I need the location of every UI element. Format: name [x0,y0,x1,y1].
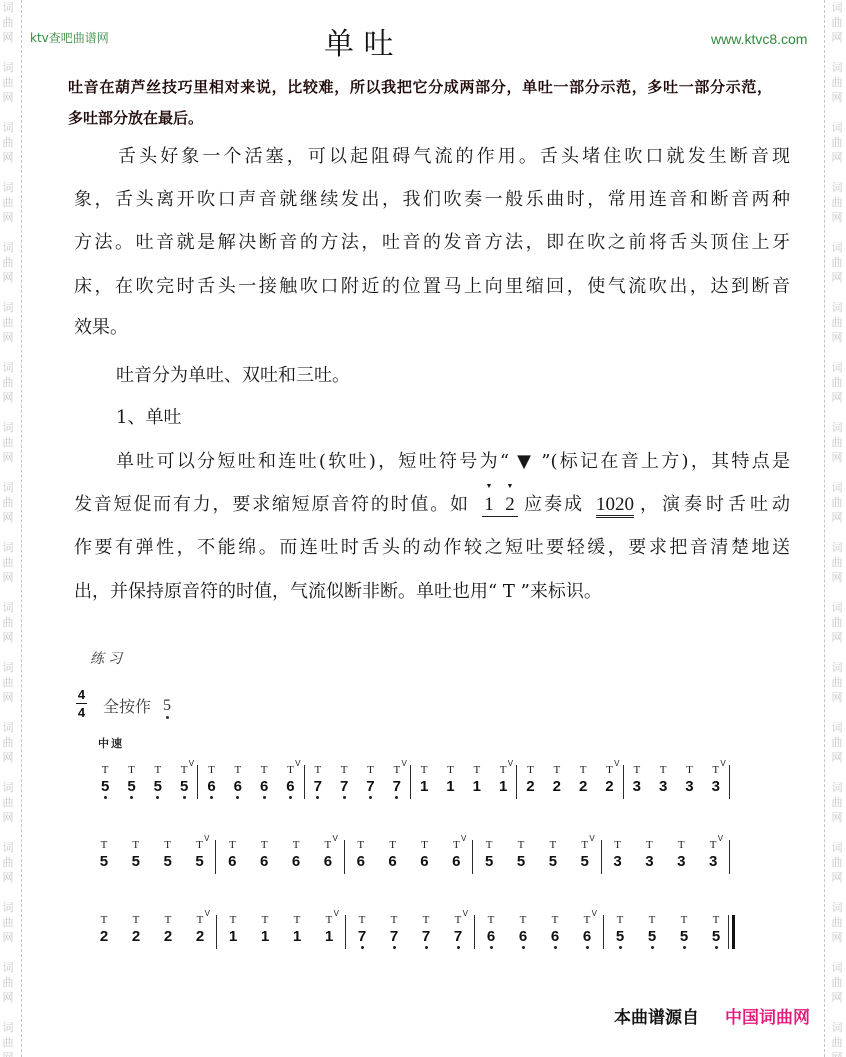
octave-dot-icon [570,795,596,799]
watermark-char: 词 [0,900,16,915]
single-tongue-t-mark: T [197,914,204,926]
watermark-char: 词 [0,960,16,975]
note: T5 [120,840,152,874]
measure: T1T1T1TV1 [411,765,517,799]
note: T3 [665,840,697,874]
note-number: 7 [390,929,398,945]
note: T3 [676,765,702,799]
note: T6 [198,765,224,799]
note: T5 [145,765,171,799]
tongue-mark: T [101,840,108,850]
measure: T7T7T7TV7 [346,915,475,949]
note: T3 [602,840,634,874]
tongue-mark: T [359,915,366,925]
tongue-mark: T [681,915,688,925]
note: T1 [217,915,249,949]
tongue-mark: T [165,915,172,925]
watermark-group: 词曲网 [829,540,845,585]
tongue-mark: T [234,765,241,775]
tongue-mark: T [367,765,374,775]
note: T6 [475,915,507,949]
octave-dot-icon [668,945,700,949]
tongue-mark: T [421,840,428,850]
note: T3 [633,840,665,874]
tongue-mark: TV [453,840,460,850]
single-tongue-t-mark: T [132,839,139,851]
octave-dot-icon [507,945,539,949]
watermark-char: 曲 [829,435,845,450]
watermark-char: 曲 [829,315,845,330]
note: T2 [88,915,120,949]
note: T6 [345,840,377,874]
note: T5 [118,765,144,799]
note-number: 7 [314,779,322,795]
octave-dot-icon [517,795,543,799]
watermark-char: 网 [829,570,845,585]
note-number: 5 [100,854,108,870]
time-signature-numerator: 4 [76,688,87,701]
watermark-char: 网 [0,810,16,825]
tongue-mark: TV [393,765,400,775]
note-number: 2 [164,929,172,945]
watermark-column-left: 词曲网词曲网词曲网词曲网词曲网词曲网词曲网词曲网词曲网词曲网词曲网词曲网词曲网词… [0,0,16,1057]
octave-dot-icon [473,870,505,874]
note-number: 6 [583,929,591,945]
watermark-char: 网 [829,90,845,105]
single-tongue-t-mark: T [393,764,400,776]
single-tongue-t-mark: T [520,914,527,926]
single-tongue-t-mark: T [678,839,685,851]
note-number: 5 [195,854,203,870]
watermark-char: 曲 [0,315,16,330]
single-tongue-t-mark: T [686,764,693,776]
note: T2 [517,765,543,799]
single-tongue-t-mark: T [165,914,172,926]
single-tongue-t-mark: T [649,914,656,926]
watermark-char: 词 [0,600,16,615]
note-number: 6 [228,854,236,870]
example-note: ▼ 2 [504,492,516,518]
note-number: 5 [154,779,162,795]
octave-dot-icon [624,795,650,799]
watermark-char: 曲 [0,795,16,810]
watermark-char: 网 [0,390,16,405]
measure: T5T5T5T5 [604,915,735,949]
watermark-char: 词 [0,780,16,795]
note-number: 1 [473,779,481,795]
tongue-mark: T [391,915,398,925]
measure: T6T6T6TV6 [216,840,344,874]
watermark-char: 词 [0,660,16,675]
watermark-char: 曲 [829,75,845,90]
single-tongue-t-mark: T [294,914,301,926]
tongue-mark: T [488,915,495,925]
note-number: 5 [485,854,493,870]
single-tongue-t-mark: T [181,764,188,776]
example-note-number: 1 [484,494,494,515]
note-number: 2 [526,779,534,795]
note-number: 5 [616,929,624,945]
time-signature: 4 4 [76,688,87,719]
breath-mark-icon: V [333,835,338,843]
score-row-1: T5T5T5TV5T6T6T6TV6T7T7T7TV7T1T1T1TV1T2T2… [92,765,730,799]
octave-dot-icon [152,870,184,874]
tongue-mark: T [341,765,348,775]
intro-line: 多吐部分放在最后。 [68,108,203,128]
tongue-mark: T [102,765,109,775]
breath-mark-icon: V [614,760,619,768]
watermark-char: 网 [829,210,845,225]
single-tongue-t-mark: T [357,839,364,851]
note-number: 6 [420,854,428,870]
note: T7 [346,915,378,949]
note: T5 [152,840,184,874]
watermark-group: 词曲网 [829,120,845,165]
watermark-char: 词 [0,180,16,195]
paragraph-1-line: 效果。 [74,315,128,341]
tongue-mark: TV [287,765,294,775]
watermark-char: 曲 [0,975,16,990]
single-tongue-t-mark: T [423,914,430,926]
breath-mark-icon: V [204,835,209,843]
octave-dot-icon [377,870,409,874]
tongue-mark: T [649,915,656,925]
note: T5 [92,765,118,799]
note: T1 [411,765,437,799]
single-tongue-t-mark: T [133,914,140,926]
watermark-divider-left [21,0,22,1057]
note: TV3 [697,840,729,874]
watermark-group: 词曲网 [829,660,845,705]
tongue-mark: T [527,765,534,775]
watermark-char: 词 [829,120,845,135]
breath-mark-icon: V [718,835,723,843]
note-number: 5 [581,854,589,870]
note-number: 6 [292,854,300,870]
watermark-char: 曲 [829,975,845,990]
watermark-group: 词曲网 [0,120,16,165]
note: TV2 [184,915,216,949]
single-tongue-t-mark: T [230,914,237,926]
octave-dot-icon [88,945,120,949]
tongue-mark: T [580,765,587,775]
note-number: 7 [340,779,348,795]
note: TV1 [313,915,345,949]
watermark-char: 网 [0,30,16,45]
tongue-mark: T [389,840,396,850]
single-tongue-t-mark: T [261,764,268,776]
single-tongue-t-mark: T [681,914,688,926]
watermark-char: 曲 [0,435,16,450]
watermark-group: 词曲网 [0,660,16,705]
note: TV6 [440,840,472,874]
note-number: 6 [324,854,332,870]
watermark-group: 词曲网 [0,960,16,1005]
watermark-char: 网 [0,90,16,105]
paragraph-3-line: 作要有弹性，不能绵。而连吐时舌头的动作较之短吐要轻缓，要求把音清楚地送 [74,535,790,561]
watermark-char: 网 [829,750,845,765]
octave-dot-icon [410,945,442,949]
source-credit-site: 中国词曲网 [725,1008,810,1028]
note: T5 [636,915,668,949]
paragraph-2: 吐音分为单吐、双吐和三吐。 [116,363,350,389]
watermark-char: 网 [0,510,16,525]
watermark-char: 曲 [829,675,845,690]
tongue-mark: TV [581,840,588,850]
octave-dot-icon [345,870,377,874]
tongue-mark: TV [196,840,203,850]
octave-dot-icon [700,945,732,949]
note: T6 [377,840,409,874]
practice-label: 练习 [90,651,126,667]
watermark-column-right: 词曲网词曲网词曲网词曲网词曲网词曲网词曲网词曲网词曲网词曲网词曲网词曲网词曲网词… [829,0,845,1057]
tongue-mark: T [421,765,428,775]
tongue-mark: T [293,840,300,850]
single-tongue-t-mark: T [234,764,241,776]
measure: T2T2T2TV2 [517,765,623,799]
single-tongue-t-mark: T [584,914,591,926]
watermark-char: 词 [0,360,16,375]
note-number: 3 [712,779,720,795]
breath-mark-icon: V [295,760,300,768]
note-number: 3 [645,854,653,870]
watermark-group: 词曲网 [829,0,845,45]
time-signature-divider [76,703,87,704]
watermark-divider-right [824,0,825,1057]
breath-mark-icon: V [463,910,468,918]
watermark-group: 词曲网 [0,300,16,345]
watermark-group: 词曲网 [829,240,845,285]
watermark-group: 词曲网 [0,600,16,645]
watermark-group: 词曲网 [829,300,845,345]
watermark-char: 词 [0,120,16,135]
tongue-mark: TV [712,765,719,775]
watermark-char: 曲 [829,915,845,930]
octave-dot-icon [384,795,410,799]
watermark-char: 词 [829,300,845,315]
watermark-char: 词 [0,540,16,555]
note-number: 7 [422,929,430,945]
tongue-mark: TV [181,765,188,775]
octave-dot-icon [411,795,437,799]
octave-dot-icon [281,945,313,949]
paragraph-1-line: 象，舌头离开吹口声音就继续发出，我们吹奏一般乐曲时，常用连音和断音两种 [74,187,790,213]
note-number: 2 [605,779,613,795]
watermark-char: 词 [0,840,16,855]
section-heading: 1、单吐 [116,405,181,431]
note: TV6 [571,915,603,949]
tempo-marking: 中速 [98,737,124,750]
paragraph-3-line: 出，并保持原音符的时值，气流似断非断。单吐也用“ T ”来标识。 [74,579,602,605]
note: TV3 [703,765,729,799]
watermark-char: 词 [829,480,845,495]
tongue-mark: TV [325,840,332,850]
tongue-mark: TV [584,915,591,925]
octave-dot-icon [251,795,277,799]
note-number: 5 [127,779,135,795]
note: T1 [437,765,463,799]
measure: T5T5T5TV5 [88,840,216,874]
watermark-group: 词曲网 [0,780,16,825]
single-tongue-t-mark: T [262,914,269,926]
watermark-char: 曲 [829,1035,845,1050]
tongue-mark: TV [710,840,717,850]
octave-dot-icon [544,795,570,799]
text-segment: ，演奏时舌吐动 [640,492,790,518]
note: T7 [357,765,383,799]
measure: T2T2T2TV2 [88,915,217,949]
watermark-char: 网 [829,870,845,885]
note-number: 6 [234,779,242,795]
single-tongue-t-mark: T [261,839,268,851]
note-number: 3 [709,854,717,870]
tongue-mark: T [633,765,640,775]
watermark-char: 曲 [829,495,845,510]
site-url-right: www.ktvc8.com [711,31,807,47]
note: T6 [225,765,251,799]
note-number: 6 [452,854,460,870]
watermark-char: 曲 [829,855,845,870]
tongue-mark: T [614,840,621,850]
note: T5 [537,840,569,874]
watermark-char: 网 [829,450,845,465]
example-note-number: 2 [505,494,515,515]
watermark-group: 词曲网 [829,360,845,405]
watermark-char: 曲 [0,1035,16,1050]
tongue-mark: T [154,765,161,775]
watermark-char: 网 [0,150,16,165]
single-tongue-t-mark: T [453,839,460,851]
single-tongue-t-mark: T [391,914,398,926]
source-credit: 本曲谱源自 中国词曲网 [614,1008,814,1028]
watermark-char: 曲 [0,735,16,750]
example-notes: ▼ 1 ▼ 2 [482,492,518,517]
note: T2 [120,915,152,949]
watermark-char: 网 [829,330,845,345]
tongue-mark: T [447,765,454,775]
note-number: 6 [260,854,268,870]
note: T5 [505,840,537,874]
breath-mark-icon: V [401,760,406,768]
note: TV5 [184,840,216,874]
note: T6 [248,840,280,874]
measure: T1T1T1TV1 [217,915,346,949]
note: T7 [331,765,357,799]
octave-dot-icon [650,795,676,799]
note: T5 [604,915,636,949]
note-number: 3 [613,854,621,870]
single-tongue-t-mark: T [527,764,534,776]
watermark-char: 词 [829,780,845,795]
page-title: 单 吐 [324,28,394,62]
tongue-mark: T [553,765,560,775]
note: T1 [281,915,313,949]
watermark-char: 词 [0,720,16,735]
octave-dot-icon [217,945,249,949]
watermark-char: 词 [829,900,845,915]
octave-dot-icon [171,795,197,799]
paragraph-1-line: 床，在吹完时舌头一接触吹口附近的位置马上向里缩回，使气流吹出，达到断音 [74,274,790,300]
watermark-char: 曲 [0,615,16,630]
watermark-char: 词 [829,1020,845,1035]
tongue-mark: T [230,915,237,925]
watermark-char: 词 [829,420,845,435]
watermark-char: 曲 [0,255,16,270]
watermark-group: 词曲网 [0,1020,16,1057]
tongue-mark: TV [606,765,613,775]
source-credit-label: 本曲谱源自 [614,1008,699,1028]
site-name-left: ktv查吧曲谱网 [30,31,109,45]
note-number: 7 [366,779,374,795]
fingering-label: 全按作 [103,698,151,716]
note: T2 [570,765,596,799]
breath-mark-icon: V [508,760,513,768]
note: T7 [410,915,442,949]
watermark-char: 曲 [829,195,845,210]
watermark-char: 曲 [0,675,16,690]
watermark-char: 词 [829,960,845,975]
note: TV2 [596,765,622,799]
note-number: 7 [454,929,462,945]
watermark-char: 词 [0,240,16,255]
octave-dot-icon [440,870,472,874]
single-tongue-t-mark: T [102,764,109,776]
tongue-mark: T [660,765,667,775]
note: T6 [216,840,248,874]
watermark-group: 词曲网 [0,540,16,585]
measure: T6T6T6TV6 [475,915,604,949]
single-tongue-t-mark: T [421,764,428,776]
tongue-mark: T [164,840,171,850]
note: T1 [464,765,490,799]
single-tongue-t-mark: T [154,764,161,776]
note: T1 [249,915,281,949]
fingering-note: 5 [162,697,172,715]
note-number: 7 [358,929,366,945]
note-number: 5 [680,929,688,945]
note-number: 3 [685,779,693,795]
watermark-char: 网 [0,330,16,345]
watermark-char: 词 [0,60,16,75]
tongue-mark: T [208,765,215,775]
measure: T7T7T7TV7 [305,765,411,799]
note: TV7 [442,915,474,949]
note: TV6 [312,840,344,874]
measure: T5T5T5TV5 [92,765,198,799]
note-number: 2 [100,929,108,945]
note-number: 1 [446,779,454,795]
octave-dot-icon [442,945,474,949]
tongue-mark: T [294,915,301,925]
single-tongue-t-mark: T [164,839,171,851]
note: T5 [473,840,505,874]
watermark-char: 网 [0,990,16,1005]
watermark-char: 词 [829,660,845,675]
measure: T6T6T6TV6 [345,840,473,874]
tongue-mark: T [486,840,493,850]
single-tongue-t-mark: T [447,764,454,776]
single-tongue-t-mark: T [713,914,720,926]
single-tongue-t-mark: T [606,764,613,776]
watermark-char: 曲 [829,735,845,750]
note: T3 [650,765,676,799]
octave-dot-icon [249,945,281,949]
watermark-char: 网 [0,690,16,705]
note-number: 5 [163,854,171,870]
single-tongue-t-mark: T [101,839,108,851]
watermark-char: 曲 [0,855,16,870]
watermark-char: 网 [829,510,845,525]
